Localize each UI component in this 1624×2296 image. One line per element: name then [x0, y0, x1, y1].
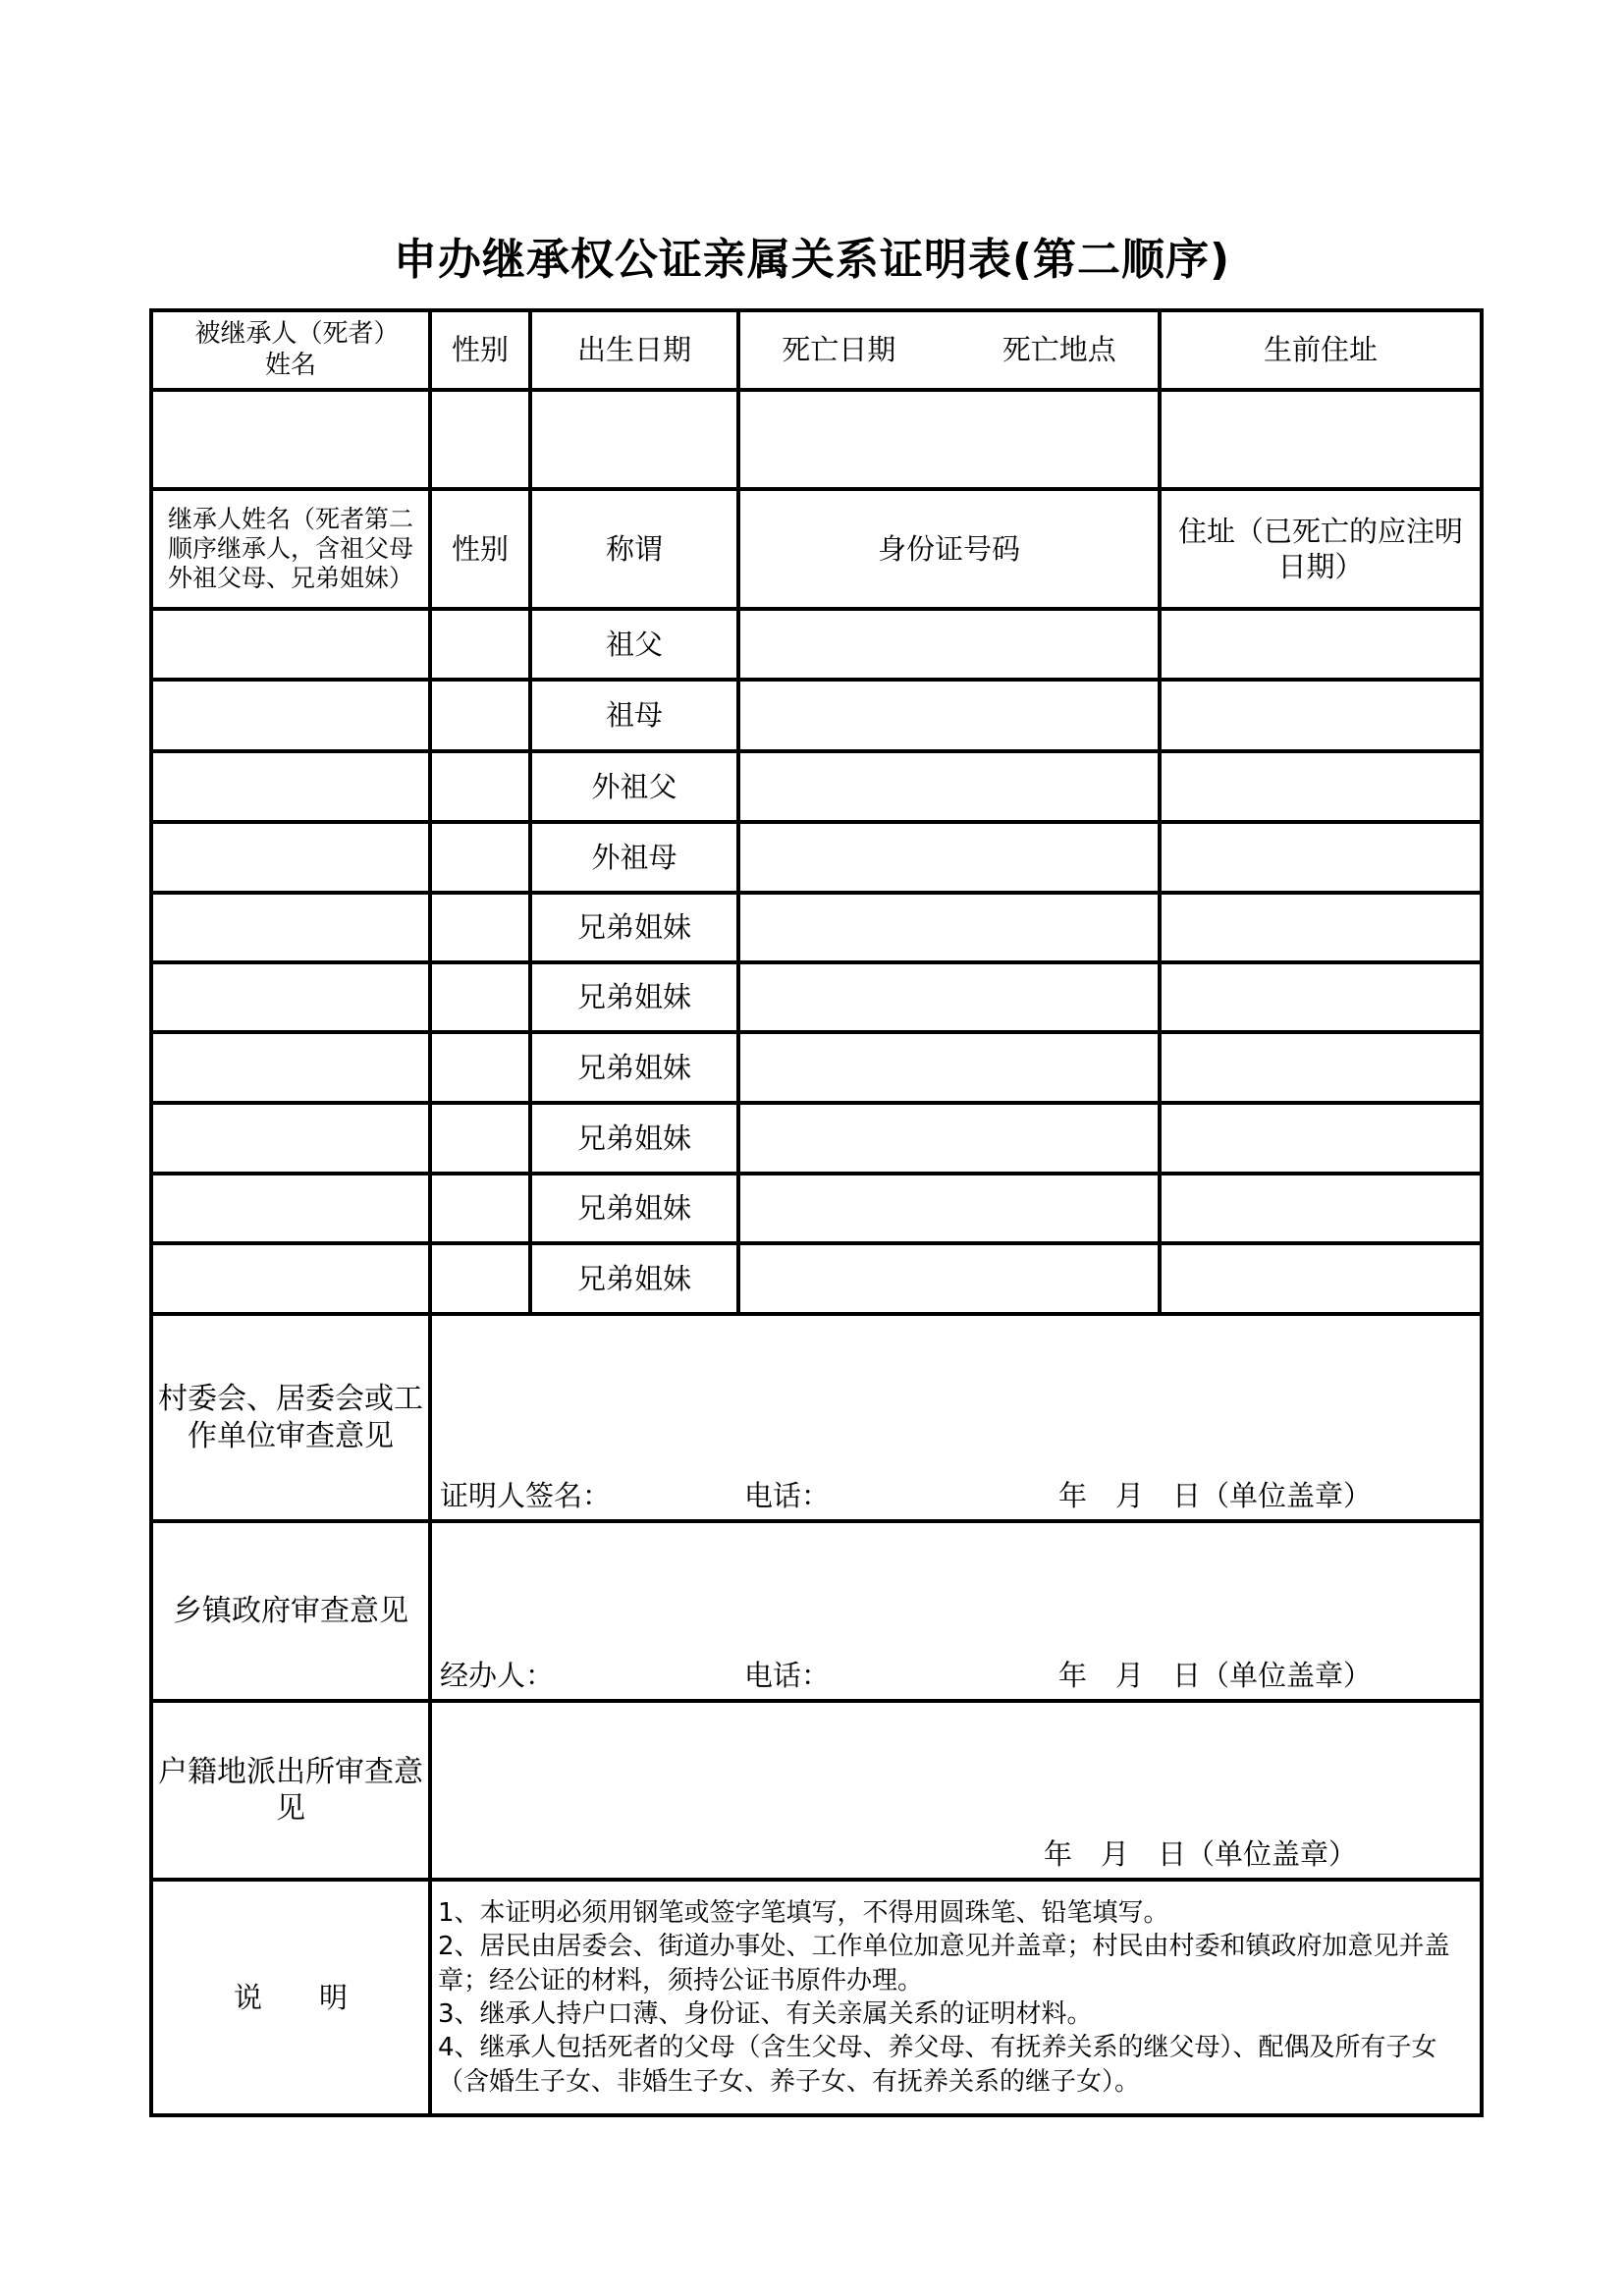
note-item: 2、居民由居委会、街道办事处、工作单位加意见并盖章；村民由村委和镇政府加意见并盖… — [438, 1930, 1474, 1997]
heir-name-field[interactable] — [151, 1243, 430, 1314]
heir-address-field[interactable] — [1160, 822, 1482, 893]
header-relation: 称谓 — [530, 489, 738, 609]
deceased-input-row — [151, 390, 1482, 489]
deceased-name-field[interactable] — [151, 390, 430, 489]
heir-address-field[interactable] — [1160, 893, 1482, 962]
notes-label: 说 明 — [151, 1880, 430, 2115]
heir-address-field[interactable] — [1160, 1243, 1482, 1314]
heir-gender-field[interactable] — [430, 822, 530, 893]
township-review-row: 乡镇政府审查意见 经办人： 电话： 年 月 日（单位盖章） — [151, 1521, 1482, 1701]
heir-gender-field[interactable] — [430, 680, 530, 751]
committee-signer-label: 证明人签名： — [440, 1478, 611, 1513]
header-death-date-place: 死亡日期 死亡地点 — [738, 310, 1160, 390]
police-review-label: 户籍地派出所审查意见 — [151, 1701, 430, 1880]
heir-gender-field[interactable] — [430, 609, 530, 680]
heir-address-field[interactable] — [1160, 1103, 1482, 1174]
heir-row: 兄弟姐妹 — [151, 1243, 1482, 1314]
heir-id-field[interactable] — [738, 893, 1160, 962]
heir-header-row: 继承人姓名（死者第二顺序继承人，含祖父母外祖父母、兄弟姐妹） 性别 称谓 身份证… — [151, 489, 1482, 609]
deceased-header-row: 被继承人（死者）姓名 性别 出生日期 死亡日期 死亡地点 生前住址 — [151, 310, 1482, 390]
header-gender: 性别 — [430, 310, 530, 390]
heir-relation: 外祖母 — [530, 822, 738, 893]
heir-address-field[interactable] — [1160, 1032, 1482, 1103]
heir-row: 外祖父 — [151, 751, 1482, 822]
heir-relation: 兄弟姐妹 — [530, 1174, 738, 1243]
heir-name-field[interactable] — [151, 751, 430, 822]
heir-name-field[interactable] — [151, 1103, 430, 1174]
heir-relation: 兄弟姐妹 — [530, 1032, 738, 1103]
heir-relation: 兄弟姐妹 — [530, 893, 738, 962]
note-item: 3、继承人持户口薄、身份证、有关亲属关系的证明材料。 — [438, 1997, 1474, 2031]
police-signature-line: 年 月 日（单位盖章） — [440, 1836, 1472, 1872]
heir-id-field[interactable] — [738, 962, 1160, 1032]
heir-name-field[interactable] — [151, 893, 430, 962]
heir-row: 外祖母 — [151, 822, 1482, 893]
heir-id-field[interactable] — [738, 1174, 1160, 1243]
header-heir-name: 继承人姓名（死者第二顺序继承人，含祖父母外祖父母、兄弟姐妹） — [151, 489, 430, 609]
heir-relation: 兄弟姐妹 — [530, 962, 738, 1032]
heir-relation: 祖母 — [530, 680, 738, 751]
heir-gender-field[interactable] — [430, 1174, 530, 1243]
header-id-number: 身份证号码 — [738, 489, 1160, 609]
heir-name-field[interactable] — [151, 609, 430, 680]
heir-gender-field[interactable] — [430, 893, 530, 962]
header-address: 生前住址 — [1160, 310, 1482, 390]
police-review-row: 户籍地派出所审查意见 年 月 日（单位盖章） — [151, 1701, 1482, 1880]
relationship-form-table: 被继承人（死者）姓名 性别 出生日期 死亡日期 死亡地点 生前住址 继承人姓名（… — [149, 308, 1484, 2117]
heir-id-field[interactable] — [738, 609, 1160, 680]
heir-gender-field[interactable] — [430, 751, 530, 822]
deceased-gender-field[interactable] — [430, 390, 530, 489]
township-phone-label: 电话： — [744, 1658, 830, 1693]
notes-row: 说 明 1、本证明必须用钢笔或签字笔填写，不得用圆珠笔、铅笔填写。 2、居民由居… — [151, 1880, 1482, 2115]
heir-name-field[interactable] — [151, 1174, 430, 1243]
police-review-field[interactable]: 年 月 日（单位盖章） — [430, 1701, 1482, 1880]
committee-review-row: 村委会、居委会或工作单位审查意见 证明人签名： 电话： 年 月 日（单位盖章） — [151, 1314, 1482, 1521]
heir-gender-field[interactable] — [430, 962, 530, 1032]
header-deceased-name: 被继承人（死者）姓名 — [151, 310, 430, 390]
township-signer-label: 经办人： — [440, 1658, 554, 1693]
heir-row: 兄弟姐妹 — [151, 1103, 1482, 1174]
heir-id-field[interactable] — [738, 822, 1160, 893]
heir-gender-field[interactable] — [430, 1032, 530, 1103]
heir-name-field[interactable] — [151, 1032, 430, 1103]
township-date-label: 年 月 日（单位盖章） — [1058, 1658, 1372, 1693]
heir-name-field[interactable] — [151, 962, 430, 1032]
heir-relation: 祖父 — [530, 609, 738, 680]
deceased-death-field[interactable] — [738, 390, 1160, 489]
note-item: 1、本证明必须用钢笔或签字笔填写，不得用圆珠笔、铅笔填写。 — [438, 1896, 1474, 1930]
committee-review-field[interactable]: 证明人签名： 电话： 年 月 日（单位盖章） — [430, 1314, 1482, 1521]
header-heir-address: 住址（已死亡的应注明日期） — [1160, 489, 1482, 609]
heir-row: 兄弟姐妹 — [151, 962, 1482, 1032]
heir-id-field[interactable] — [738, 1103, 1160, 1174]
committee-date-label: 年 月 日（单位盖章） — [1058, 1478, 1372, 1513]
form-title: 申办继承权公证亲属关系证明表(第二顺序) — [0, 224, 1624, 287]
heir-id-field[interactable] — [738, 1032, 1160, 1103]
township-signature-line: 经办人： 电话： 年 月 日（单位盖章） — [440, 1658, 1472, 1693]
heir-id-field[interactable] — [738, 680, 1160, 751]
deceased-address-field[interactable] — [1160, 390, 1482, 489]
committee-review-label: 村委会、居委会或工作单位审查意见 — [151, 1314, 430, 1521]
heir-relation: 兄弟姐妹 — [530, 1243, 738, 1314]
police-date-label: 年 月 日（单位盖章） — [1044, 1836, 1357, 1872]
heir-relation: 外祖父 — [530, 751, 738, 822]
heir-name-field[interactable] — [151, 680, 430, 751]
heir-address-field[interactable] — [1160, 680, 1482, 751]
heir-id-field[interactable] — [738, 1243, 1160, 1314]
header-heir-gender: 性别 — [430, 489, 530, 609]
heir-gender-field[interactable] — [430, 1243, 530, 1314]
heir-address-field[interactable] — [1160, 609, 1482, 680]
heir-address-field[interactable] — [1160, 962, 1482, 1032]
committee-signature-line: 证明人签名： 电话： 年 月 日（单位盖章） — [440, 1478, 1472, 1513]
deceased-birth-date-field[interactable] — [530, 390, 738, 489]
header-birth-date: 出生日期 — [530, 310, 738, 390]
heir-gender-field[interactable] — [430, 1103, 530, 1174]
heir-address-field[interactable] — [1160, 751, 1482, 822]
heir-row: 兄弟姐妹 — [151, 1032, 1482, 1103]
heir-id-field[interactable] — [738, 751, 1160, 822]
header-death-date: 死亡日期 — [782, 333, 895, 366]
township-review-field[interactable]: 经办人： 电话： 年 月 日（单位盖章） — [430, 1521, 1482, 1701]
heir-relation: 兄弟姐妹 — [530, 1103, 738, 1174]
header-death-place: 死亡地点 — [1002, 333, 1116, 366]
note-item: 4、继承人包括死者的父母（含生父母、养父母、有抚养关系的继父母）、配偶及所有子女… — [438, 2031, 1474, 2099]
heir-row: 祖母 — [151, 680, 1482, 751]
heir-address-field[interactable] — [1160, 1174, 1482, 1243]
heir-row: 兄弟姐妹 — [151, 1174, 1482, 1243]
heir-row: 祖父 — [151, 609, 1482, 680]
notes-content: 1、本证明必须用钢笔或签字笔填写，不得用圆珠笔、铅笔填写。 2、居民由居委会、街… — [430, 1880, 1482, 2115]
committee-phone-label: 电话： — [744, 1478, 830, 1513]
heir-row: 兄弟姐妹 — [151, 893, 1482, 962]
heir-name-field[interactable] — [151, 822, 430, 893]
township-review-label: 乡镇政府审查意见 — [151, 1521, 430, 1701]
